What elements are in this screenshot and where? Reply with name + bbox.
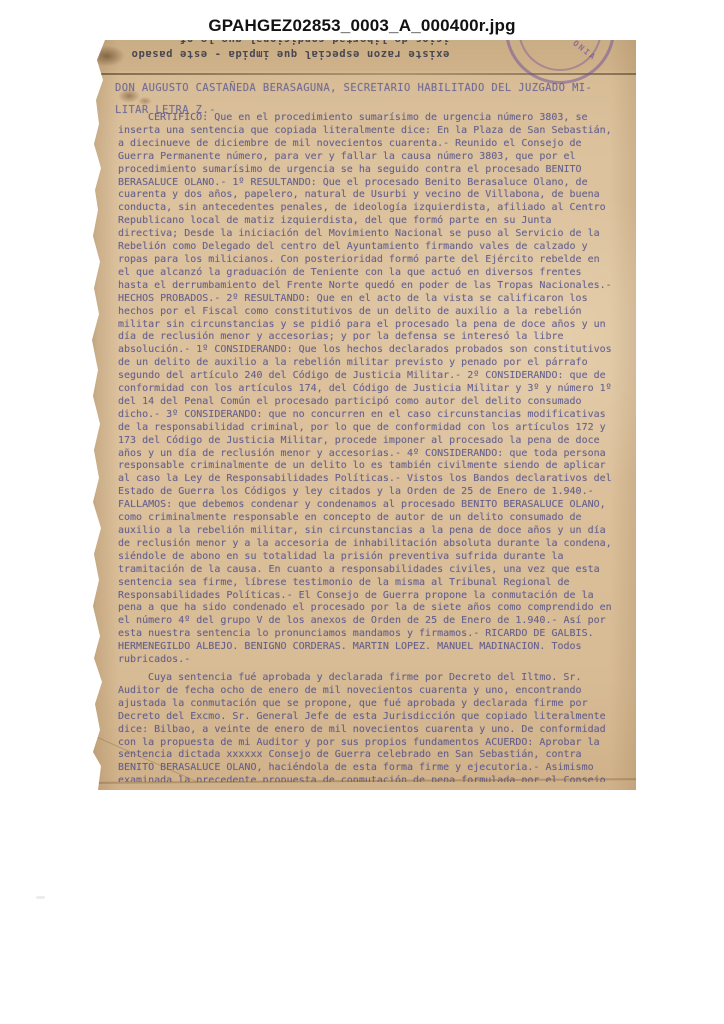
approval-paragraph: Cuya sentencia fué aprobada y declarada …: [118, 672, 612, 782]
heading-line-1: DON AUGUSTO CASTAÑEDA BERASAGUNA, SECRET…: [115, 77, 623, 99]
verso-bleed-text: existe razon especial que impida - este …: [131, 40, 449, 61]
document-body: CERTIFICO: Que en el procedimiento sumar…: [118, 112, 612, 782]
archive-scan-page: GPAHGEZ02853_0003_A_000400r.jpg existe r…: [0, 0, 724, 1024]
pencil-mark: [36, 896, 45, 899]
certification-paragraph: CERTIFICO: Que en el procedimiento sumar…: [118, 112, 612, 667]
filename-label: GPAHGEZ02853_0003_A_000400r.jpg: [0, 16, 724, 36]
document-scan: existe razon especial que impida - este …: [85, 40, 636, 790]
verso-line-cut: icios de libertad condicional que le of: [131, 40, 449, 46]
verso-line-full: existe razon especial que impida - este …: [131, 46, 449, 61]
stamp-text-fragment: ONIA: [571, 40, 598, 62]
